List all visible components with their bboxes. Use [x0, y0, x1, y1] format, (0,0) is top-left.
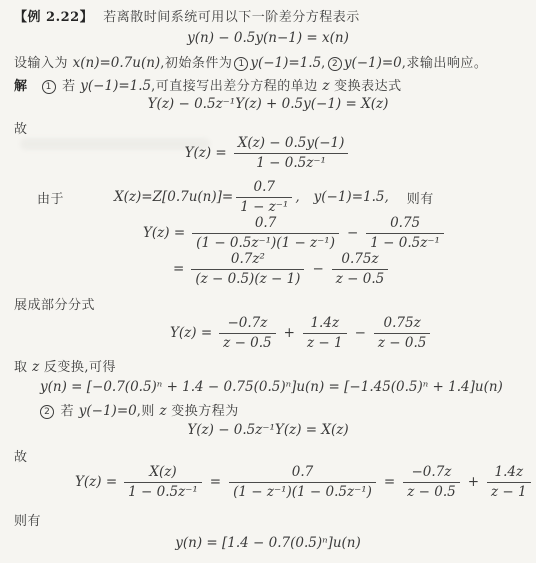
solve-t1: 若 [58, 79, 81, 94]
expand-text: 展成部分分式 [14, 298, 95, 313]
then-text: 则有 [14, 514, 41, 529]
given-t2: ,初始条件为 [160, 56, 232, 71]
inverse-t2: 反变换,可得 [39, 360, 116, 375]
fraction-numerator: −0.7z [219, 316, 275, 333]
fraction-numerator: −0.7z [403, 465, 459, 482]
fraction: 0.7z² (z − 0.5)(z − 1) [191, 252, 304, 287]
eq-response-2-text: y(n) = [1.4 − 0.7(0.5)ⁿ]u(n) [175, 535, 361, 551]
fraction-denominator: z − 0.5 [403, 482, 459, 500]
eq-transform-2-text: Y(z) − 0.5z⁻¹Y(z) = X(z) [187, 422, 348, 438]
fraction-denominator: z − 1 [487, 482, 531, 500]
given-t3: , [321, 56, 326, 71]
because-line: 由于 X(z)=Z[0.7u(n)]= 0.7 1 − z⁻¹ , y(−1)=… [0, 180, 536, 215]
then-label: 则有 [14, 510, 530, 530]
fraction-numerator: 0.7z² [191, 252, 304, 269]
fraction-numerator: 1.4z [303, 316, 347, 333]
circle-number-1: 1 [234, 57, 248, 71]
example-heading: 【例 2.22】 若离散时间系统可用以下一阶差分方程表示 [14, 6, 530, 26]
fraction-denominator: 1 − z⁻¹ [236, 197, 292, 215]
eq-response-1: y(n) = [−0.7(0.5)ⁿ + 1.4 − 0.75(0.5)ⁿ]u(… [0, 378, 536, 396]
fraction-denominator: (1 − 0.5z⁻¹)(1 − z⁻¹) [192, 233, 339, 251]
fraction-numerator: 0.75 [366, 216, 444, 233]
fraction: −0.7z z − 0.5 [219, 316, 275, 351]
fraction-denominator: z − 0.5 [332, 269, 388, 287]
fraction-numerator: 0.75z [374, 316, 430, 333]
solve-label: 解 [14, 79, 28, 94]
fraction-numerator: X(z) − 0.5y(−1) [234, 136, 349, 153]
solve-t3: 变换表达式 [330, 79, 402, 94]
eq-transform-1: Y(z) − 0.5z⁻¹Y(z) + 0.5y(−1) = X(z) [0, 95, 536, 113]
given-m2: y(−1)=1.5 [250, 55, 321, 71]
eq-Yz2-line-b: = 0.7z² (z − 0.5)(z − 1) − 0.75z z − 0.5 [0, 252, 536, 287]
fraction-denominator: z − 0.5 [219, 333, 275, 351]
fraction-denominator: 1 − 0.5z⁻¹ [234, 153, 349, 171]
fraction: 0.7 (1 − z⁻¹)(1 − 0.5z⁻¹) [229, 465, 376, 500]
given-t4: ,求输出响应。 [402, 56, 488, 71]
plus-operator: + [468, 474, 479, 490]
eq-Yz3-lhs: Y(z) = [75, 474, 117, 490]
fraction: 0.7 (1 − 0.5z⁻¹)(1 − z⁻¹) [192, 216, 339, 251]
circle-number-2: 2 [40, 405, 54, 419]
textbook-page: 【例 2.22】 若离散时间系统可用以下一阶差分方程表示 y(n) − 0.5y… [0, 0, 536, 563]
eq-difference-text: y(n) − 0.5y(n−1) = x(n) [187, 30, 349, 46]
therefore-text-2: 故 [14, 450, 28, 465]
eq-response-2: y(n) = [1.4 − 0.7(0.5)ⁿ]u(n) [0, 534, 536, 552]
fraction-numerator: 0.7 [236, 180, 292, 197]
case2-m1: y(−1)=0 [79, 403, 137, 419]
fraction-denominator: z − 1 [303, 333, 347, 351]
equals-operator: = [210, 474, 221, 490]
case2-t1: 若 [56, 404, 79, 419]
given-m1: x(n)=0.7u(n) [73, 55, 161, 71]
eq-transform-2: Y(z) − 0.5z⁻¹Y(z) = X(z) [0, 421, 536, 439]
example-label: 【例 2.22】 [14, 10, 93, 25]
fraction-numerator: X(z) [124, 465, 202, 482]
fraction-denominator: 1 − 0.5z⁻¹ [366, 233, 444, 251]
fraction: 0.75z z − 0.5 [332, 252, 388, 287]
plus-operator: + [284, 325, 295, 341]
fraction: 0.75 1 − 0.5z⁻¹ [366, 216, 444, 251]
eq-Yz1: Y(z) = X(z) − 0.5y(−1) 1 − 0.5z⁻¹ [0, 136, 536, 171]
fraction-denominator: 1 − 0.5z⁻¹ [124, 482, 202, 500]
given-line: 设输入为 x(n)=0.7u(n),初始条件为1y(−1)=1.5,2y(−1)… [14, 52, 530, 72]
fraction-denominator: (z − 0.5)(z − 1) [191, 269, 304, 287]
equals-operator: = [384, 474, 395, 490]
fraction-numerator: 0.7 [192, 216, 339, 233]
fraction-numerator: 0.75z [332, 252, 388, 269]
because-post: 则有 [407, 188, 434, 207]
case2-line: 2 若 y(−1)=0,则 z 变换方程为 [38, 400, 536, 420]
fraction-numerator: 0.7 [229, 465, 376, 482]
solve-line: 解1 若 y(−1)=1.5,可直接写出差分方程的单边 z 变换表达式 [14, 75, 530, 95]
eq-transform-1-text: Y(z) − 0.5z⁻¹Y(z) + 0.5y(−1) = X(z) [148, 96, 389, 112]
minus-operator: − [347, 225, 358, 241]
eq-partial-fractions: Y(z) = −0.7z z − 0.5 + 1.4z z − 1 − 0.75… [0, 316, 536, 351]
fraction-denominator: (1 − z⁻¹)(1 − 0.5z⁻¹) [229, 482, 376, 500]
because-value: y(−1)=1.5, [314, 189, 389, 205]
circle-number-1: 1 [42, 80, 56, 94]
eq-response-1-text: y(n) = [−0.7(0.5)ⁿ + 1.4 − 0.75(0.5)ⁿ]u(… [40, 379, 503, 395]
because-label: 由于 [37, 188, 64, 207]
eq-Yz2b-lhs: = [173, 261, 184, 277]
solve-t2: ,可直接写出差分方程的单边 [151, 79, 322, 94]
fraction: 0.75z z − 0.5 [374, 316, 430, 351]
heading-text: 若离散时间系统可用以下一阶差分方程表示 [103, 10, 360, 25]
fraction: X(z) 1 − 0.5z⁻¹ [124, 465, 202, 500]
given-t1: 设输入为 [14, 56, 73, 71]
solve-m2: z [322, 78, 329, 94]
eq-Yz1-lhs: Y(z) = [185, 145, 227, 161]
fraction-denominator: z − 0.5 [374, 333, 430, 351]
fraction: −0.7z z − 0.5 [403, 465, 459, 500]
therefore-label-2: 故 [14, 446, 530, 466]
inverse-transform-line: 取 z 反变换,可得 [14, 356, 530, 376]
expand-label: 展成部分分式 [14, 294, 530, 314]
eq-Yz3: Y(z) = X(z) 1 − 0.5z⁻¹ = 0.7 (1 − z⁻¹)(1… [0, 465, 536, 500]
fraction: 0.7 1 − z⁻¹ [236, 180, 292, 215]
circle-number-2: 2 [328, 57, 342, 71]
case2-m2: z [160, 403, 167, 419]
eq-difference: y(n) − 0.5y(n−1) = x(n) [0, 29, 536, 47]
fraction-numerator: 1.4z [487, 465, 531, 482]
because-pre: X(z)=Z[0.7u(n)]= [114, 189, 233, 205]
fraction: 1.4z z − 1 [487, 465, 531, 500]
eq-partial-lhs: Y(z) = [170, 325, 212, 341]
fraction: X(z) − 0.5y(−1) 1 − 0.5z⁻¹ [234, 136, 349, 171]
minus-operator: − [355, 325, 366, 341]
therefore-text-1: 故 [14, 122, 28, 137]
fraction: 1.4z z − 1 [303, 316, 347, 351]
inverse-t1: 取 [14, 360, 32, 375]
case2-t3: 变换方程为 [167, 404, 239, 419]
solve-m1: y(−1)=1.5 [80, 78, 151, 94]
minus-operator: − [312, 261, 323, 277]
because-comma: , [295, 189, 299, 205]
given-m3: y(−1)=0 [344, 55, 402, 71]
eq-Yz2-line-a: Y(z) = 0.7 (1 − 0.5z⁻¹)(1 − z⁻¹) − 0.75 … [0, 216, 536, 251]
eq-Yz2a-lhs: Y(z) = [143, 225, 185, 241]
case2-t2: ,则 [137, 404, 160, 419]
